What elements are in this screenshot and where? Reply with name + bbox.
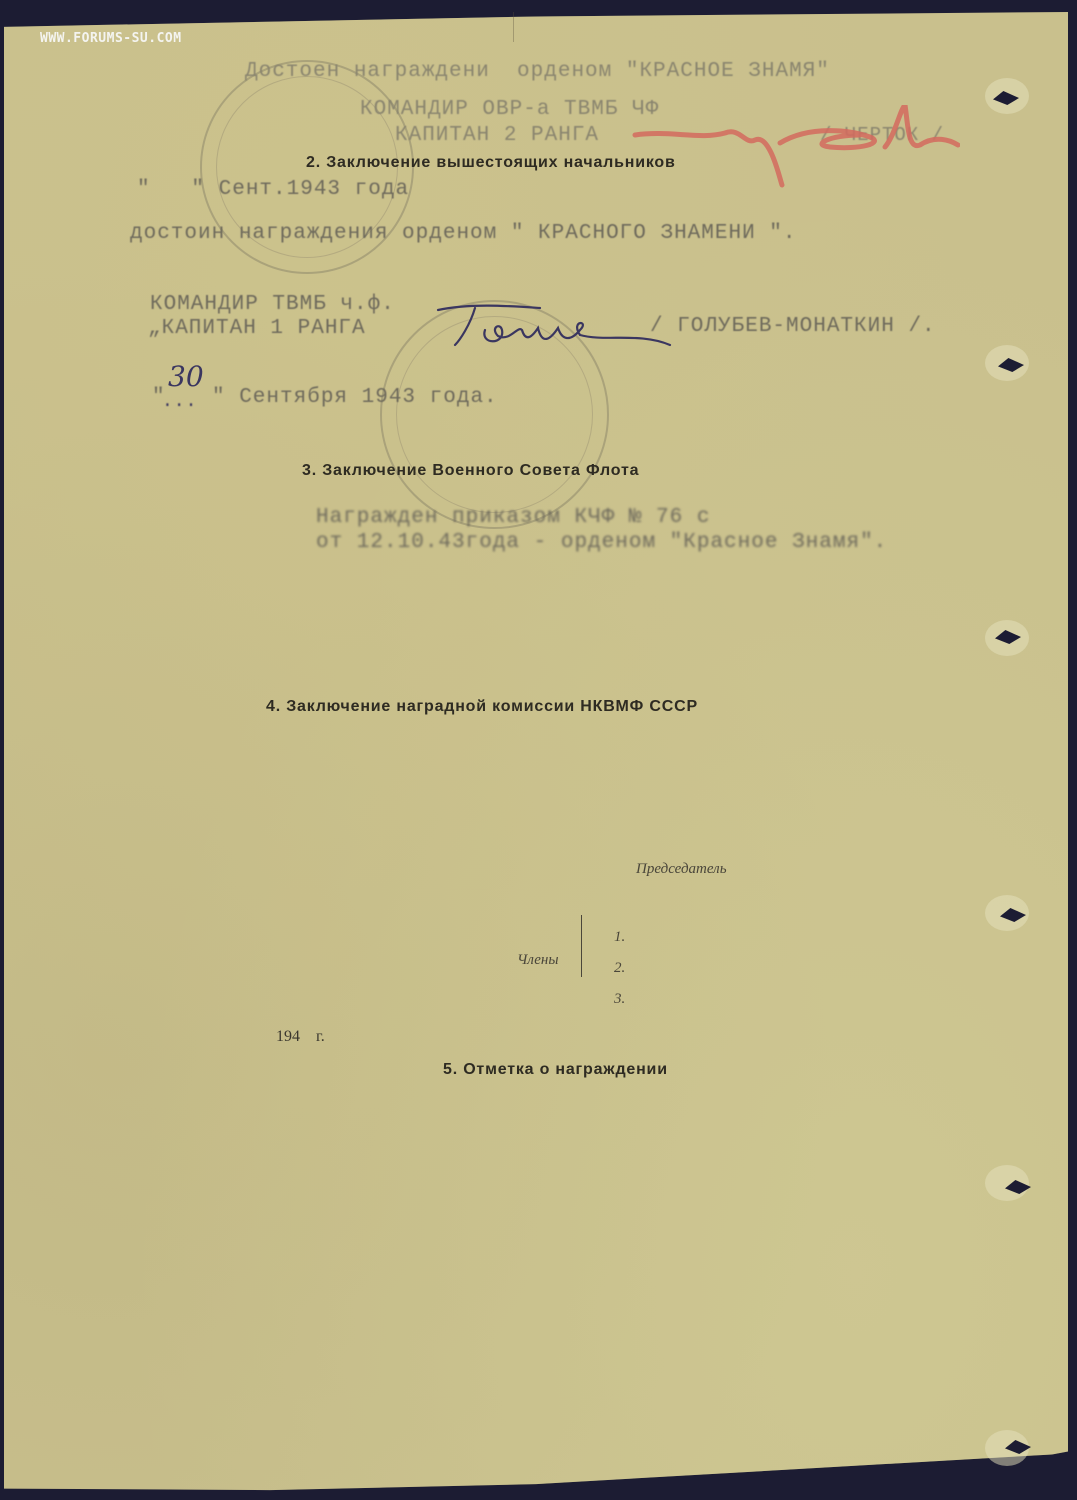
section-5-heading: 5. Отметка о награждении	[443, 1061, 668, 1079]
fold-crease	[513, 12, 514, 42]
top-commander-title: КОМАНДИР ОВР-а ТВМБ ЧФ	[360, 98, 659, 121]
commander-rank: „КАПИТАН 1 РАНГА	[148, 317, 366, 340]
top-approval-line: Достоен награждени орденом "КРАСНОЕ ЗНАМ…	[245, 60, 830, 83]
section-4-heading: 4. Заключение наградной комиссии НКВМФ С…	[266, 698, 698, 716]
signed-date-rest: " Сентября 1943 года.	[212, 386, 498, 409]
top-commander-rank: КАПИТАН 2 РАНГА	[395, 124, 599, 147]
section-2-date-line: " " Сент.1943 года	[137, 178, 409, 201]
year-line: 194 г.	[276, 1028, 325, 1046]
punch-hole-halo	[985, 1165, 1029, 1201]
chairman-label: Председатель	[636, 861, 727, 878]
section-2-conclusion: достоин награждения орденом " КРАСНОГО З…	[130, 222, 797, 245]
section-3-heading: 3. Заключение Военного Совета Флота	[302, 462, 639, 480]
member-1: 1.	[614, 929, 625, 946]
handwritten-day: 30	[168, 360, 204, 393]
commander-title: КОМАНДИР ТВМБ ч.ф.	[150, 293, 395, 316]
section-3-award-line-2: от 12.10.43года - орденом "Красное Знамя…	[316, 531, 887, 554]
members-label: Члены	[517, 952, 559, 969]
member-3: 3.	[614, 991, 625, 1008]
commander-name: / ГОЛУБЕВ-МОНАТКИН /.	[650, 315, 936, 338]
signed-date-dots: ...	[162, 392, 197, 412]
red-pencil-signature	[630, 105, 960, 195]
watermark: WWW.FORUMS-SU.COM	[40, 31, 182, 46]
members-bracket	[581, 915, 582, 977]
blue-ink-signature	[430, 300, 680, 360]
member-2: 2.	[614, 960, 625, 977]
section-2-heading: 2. Заключение вышестоящих начальников	[306, 154, 676, 172]
section-3-award-line-1: Награжден приказом КЧФ № 76 с	[316, 506, 710, 529]
